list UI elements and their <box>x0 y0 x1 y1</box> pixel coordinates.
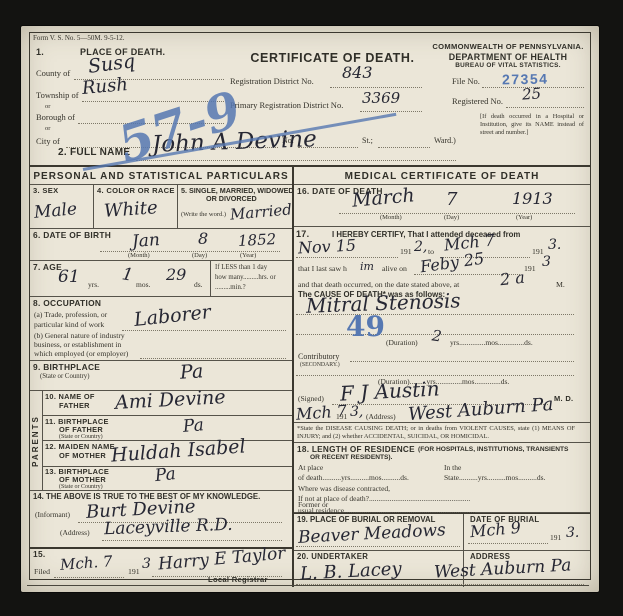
age-note-3: .........min.? <box>215 284 246 291</box>
mother-name-label-2: OF MOTHER <box>59 452 106 461</box>
dotted-line <box>136 159 456 161</box>
mother-birthplace-hint: (State or Country) <box>59 484 103 491</box>
full-name-label: 2. FULL NAME <box>58 147 130 159</box>
death-time-value: 2 a <box>499 270 525 289</box>
age-note-1: If LESS than 1 day <box>215 264 267 271</box>
registered-no-label: Registered No. <box>452 97 503 106</box>
birthplace-hint: (State or Country) <box>40 373 89 380</box>
residence-paren-2: OR RECENT RESIDENTS). <box>310 454 392 462</box>
certificate-paper: Form V. S. No. 5—50M. 9-5-12. 1. PLACE O… <box>21 26 599 592</box>
last-saw-printed-2: alive on <box>382 265 407 274</box>
mother-name-row: 12. MAIDEN NAME OF MOTHER Huldah Isabel <box>43 441 292 467</box>
father-birthplace-hint: (State or Country) <box>59 434 103 441</box>
dotted-line <box>54 576 124 578</box>
dotted-line <box>468 542 548 544</box>
filed-year-digit: 3 <box>142 557 151 571</box>
township-value: Rush <box>81 76 128 98</box>
occupation-a-line2: particular kind of work <box>34 321 104 329</box>
age-days-value: 29 <box>166 267 186 283</box>
dotted-line <box>102 539 282 541</box>
dob-day: 8 <box>198 231 208 247</box>
occupation-row: 8. OCCUPATION (a) Trade, profession, or … <box>30 297 292 361</box>
cause-footnote: *State the DISEASE CAUSING DEATH; or in … <box>297 425 575 442</box>
age-yrs-label: yrs. <box>88 281 99 289</box>
age-months-value: 1 <box>121 266 135 285</box>
primary-district-label: Primary Registration District No. <box>230 101 343 110</box>
hospital-note: [If death occurred in a Hospital or Inst… <box>480 113 584 137</box>
informant-label: (Informant) <box>35 511 70 519</box>
file-no-label: File No. <box>452 77 480 86</box>
mother-name-value: Huldah Isabel <box>111 437 247 465</box>
certificate-title: CERTIFICATE OF DEATH. <box>235 51 430 65</box>
informant-address-value: Laceyville R.D. <box>104 517 233 538</box>
dotted-line <box>506 106 584 108</box>
marital-hint: (Write the word.) <box>181 211 226 218</box>
duration-value: 2 <box>431 328 443 344</box>
footnote-row: *State the DISEASE CAUSING DEATH; or in … <box>294 423 590 443</box>
father-name-row: 10. NAME OF FATHER Ami Devine <box>43 391 292 416</box>
birthplace-value: Pa <box>179 362 204 383</box>
md-label: M. D. <box>554 395 573 404</box>
parents-block: PARENTS 10. NAME OF FATHER Ami Devine 11… <box>30 391 292 491</box>
signed-year-digit: 3, <box>350 405 363 419</box>
sex-cell: 3. SEX Male <box>30 185 94 228</box>
date-of-death-row: 16. DATE OF DEATH March 7 1913 (Month) (… <box>294 185 590 227</box>
birthplace-row: 9. BIRTHPLACE (State or Country) Pa <box>30 361 292 391</box>
last-saw-fill: im <box>360 261 374 272</box>
filed-row: 15. Filed Mch. 7 191 3 Harry E Taylor Lo… <box>30 549 292 587</box>
bureau-line: BUREAU OF VITAL STATISTICS. <box>432 62 584 69</box>
burial-row: 19. PLACE OF BURIAL OR REMOVAL DATE OF B… <box>294 513 590 551</box>
signed-address-label: (Address) <box>366 413 396 421</box>
residence-label: 18. LENGTH OF RESIDENCE <box>297 445 415 454</box>
commonwealth-line: COMMONWEALTH OF PENNSYLVANIA. <box>432 43 584 52</box>
duration-label: (Duration) <box>386 339 418 347</box>
birthplace-label: 9. BIRTHPLACE <box>33 363 100 373</box>
last-saw-printed-1: that I last saw h <box>298 265 347 274</box>
burial-year-printed: 191 <box>550 534 561 542</box>
occupation-label: 8. OCCUPATION <box>33 299 101 309</box>
age-years-value: 61 <box>58 269 80 286</box>
personal-title: PERSONAL AND STATISTICAL PARTICULARS <box>30 167 292 185</box>
personal-column: PERSONAL AND STATISTICAL PARTICULARS 3. … <box>30 167 294 587</box>
mother-birthplace-value: Pa <box>154 466 176 485</box>
father-name-label-2: FATHER <box>59 402 90 411</box>
dotted-line <box>378 146 430 148</box>
occupation-a-line1: (a) Trade, profession, or <box>34 311 107 319</box>
local-registrar-label: Local Registrar <box>208 576 268 585</box>
department-line: DEPARTMENT OF HEALTH <box>432 52 584 62</box>
burial-year-digit: 3. <box>566 526 579 540</box>
dob-year-hint: (Year) <box>240 252 256 259</box>
registration-district-label: Registration District No. <box>230 77 314 86</box>
age-note-cell: If LESS than 1 day how many.........hrs.… <box>210 261 292 296</box>
county-label: County of <box>36 69 70 78</box>
attestation-row: 14. THE ABOVE IS TRUE TO THE BEST OF MY … <box>30 491 292 549</box>
city-label: City of <box>36 137 60 146</box>
in-state-line: State..........yrs..........mos.........… <box>444 474 545 482</box>
scanned-certificate: Form V. S. No. 5—50M. 9-5-12. 1. PLACE O… <box>0 0 623 616</box>
informant-address-label: (Address) <box>60 529 90 537</box>
form-number: Form V. S. No. 5—50M. 9-5-12. <box>33 35 125 43</box>
dotted-line <box>296 256 398 258</box>
st-label: St.; <box>362 137 373 146</box>
age-ds-label: ds. <box>194 281 203 289</box>
age-mos-label: mos. <box>136 281 150 289</box>
sex-label: 3. SEX <box>33 187 58 196</box>
secondary-hint: (SECONDARY.) <box>300 362 340 368</box>
header-section: Form V. S. No. 5—50M. 9-5-12. 1. PLACE O… <box>30 33 590 167</box>
contributory-label: Contributory <box>298 353 339 362</box>
race-cell: 4. COLOR OR RACE White <box>94 185 178 228</box>
parents-strip: PARENTS <box>30 391 43 490</box>
contracted-line-1: Where was disease contracted, <box>298 485 390 493</box>
father-birthplace-row: 11. BIRTHPLACE OF FATHER (State or Count… <box>43 416 292 441</box>
occupation-b-line3: which employed (or employer) <box>34 350 128 358</box>
township-label: Township of <box>36 91 79 100</box>
marital-label-2: OR DIVORCED <box>206 195 257 203</box>
occupation-a-value: Laborer <box>133 303 212 330</box>
date-of-birth-row: 6. DATE OF BIRTH Jan 8 1852 (Month) (Day… <box>30 229 292 261</box>
certification-section: 17. I HEREBY CERTIFY, That I attended de… <box>294 227 590 423</box>
dod-year-value: 1913 <box>512 191 553 207</box>
physician-signature: F J Austin <box>340 378 440 403</box>
age-note-2: how many.........hrs. or <box>215 274 276 281</box>
registrar-signature: Harry E Taylor <box>158 545 287 573</box>
ward-label: Ward.) <box>434 137 456 146</box>
dob-year: 1852 <box>238 232 277 249</box>
dotted-line <box>330 86 422 88</box>
cause-code-blue: 49 <box>346 313 385 341</box>
burial-date-value: Mch 9 <box>469 520 521 540</box>
or-label-b: or <box>45 125 50 132</box>
medical-column: MEDICAL CERTIFICATE OF DEATH 16. DATE OF… <box>294 167 590 587</box>
race-value: White <box>103 199 158 221</box>
dod-day-hint: (Day) <box>444 214 459 221</box>
registration-district-value: 843 <box>342 65 373 81</box>
registered-no-value: 25 <box>522 86 542 102</box>
attended-to-year-digit: 3. <box>548 238 561 252</box>
dod-month-hint: (Month) <box>380 214 402 221</box>
marital-value: Married <box>229 202 292 222</box>
borough-label: Borough of <box>36 113 75 122</box>
at-place-label: At place <box>298 464 323 472</box>
dob-label: 6. DATE OF BIRTH <box>33 231 111 241</box>
length-of-residence-section: 18. LENGTH OF RESIDENCE (FOR HOSPITALS, … <box>294 443 590 513</box>
sex-race-marital-row: 3. SEX Male 4. COLOR OR RACE White 5. SI… <box>30 185 292 229</box>
filed-section-number: 15. <box>33 550 46 560</box>
duration-units: yrs..............mos..............ds. <box>450 339 533 347</box>
signed-year-printed: 191 <box>336 413 347 421</box>
sex-value: Male <box>33 201 77 222</box>
attended-from-year-digit: 2, <box>414 240 427 254</box>
filed-label: Filed <box>34 568 50 577</box>
dob-day-hint: (Day) <box>192 252 207 259</box>
dod-year-hint: (Year) <box>516 214 532 221</box>
race-label: 4. COLOR OR RACE <box>97 187 175 196</box>
filed-date-value: Mch. 7 <box>60 554 113 573</box>
parents-label: PARENTS <box>31 415 40 467</box>
filed-year-printed: 191 <box>128 568 140 577</box>
marital-cell: 5. SINGLE, MARRIED, WIDOWED OR DIVORCED … <box>178 185 291 228</box>
mother-birthplace-row: 13. BIRTHPLACE OF MOTHER (State or Count… <box>43 467 292 490</box>
paper-edge-line <box>27 585 589 586</box>
dod-day-value: 7 <box>446 191 457 209</box>
last-saw-year-digit: 3 <box>542 255 551 269</box>
father-birthplace-value: Pa <box>182 417 204 436</box>
county-value: Susq <box>87 52 136 77</box>
undertaker-row: 20. UNDERTAKER ADDRESS L. B. Lacey West … <box>294 551 590 587</box>
father-name-value: Ami Devine <box>115 388 226 413</box>
attended-from-year-printed: 191 <box>400 248 412 257</box>
at-place-line: of death..........yrs..........mos......… <box>298 474 409 482</box>
dob-month-hint: (Month) <box>128 252 150 259</box>
dotted-line <box>140 357 286 359</box>
dotted-line <box>360 110 422 112</box>
death-time-m-label: M. <box>556 281 565 290</box>
form-frame: Form V. S. No. 5—50M. 9-5-12. 1. PLACE O… <box>29 32 591 580</box>
age-row: 7. AGE 61 yrs. 1 mos. 29 ds. If LESS tha… <box>30 261 292 297</box>
residence-paren-1: (FOR HOSPITALS, INSTITUTIONS, TRANSIENTS <box>418 446 568 454</box>
primary-district-value: 3369 <box>362 91 400 106</box>
medical-title: MEDICAL CERTIFICATE OF DEATH <box>294 167 590 185</box>
attended-from-value: Nov 15 <box>298 237 357 256</box>
dob-month: Jan <box>131 232 160 251</box>
section1-number: 1. <box>36 47 44 57</box>
dod-month-value: March <box>351 186 415 210</box>
dotted-line <box>296 313 574 315</box>
in-the-label: In the <box>444 464 461 472</box>
last-saw-year-printed: 191 <box>524 265 536 274</box>
signed-label: (Signed) <box>298 395 324 403</box>
or-label-a: or <box>45 103 50 110</box>
dotted-line <box>350 360 574 362</box>
